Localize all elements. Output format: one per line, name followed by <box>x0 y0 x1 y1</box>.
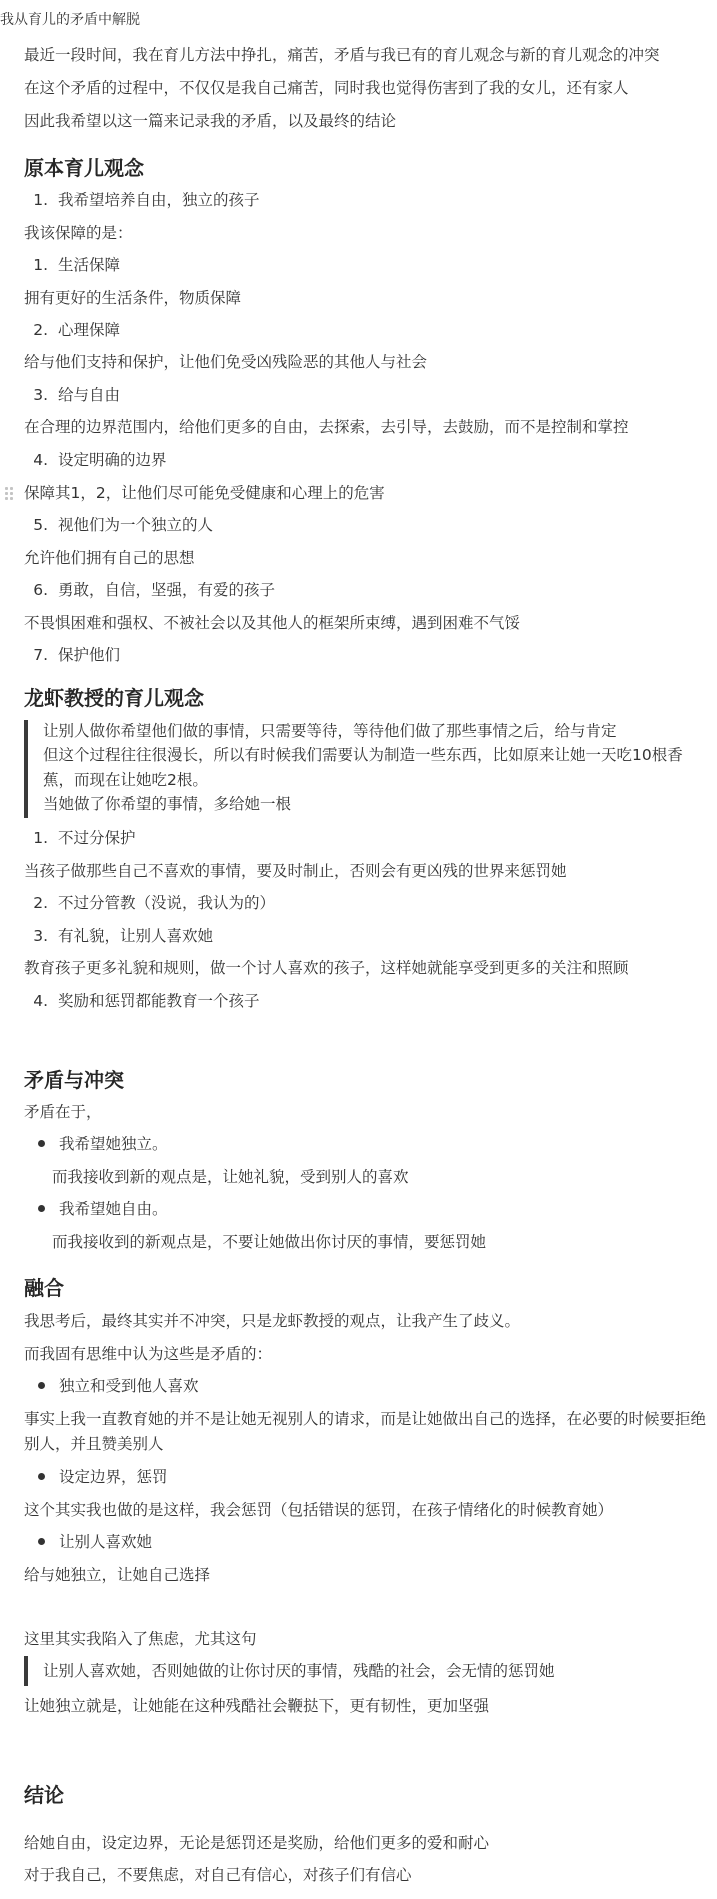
paragraph[interactable]: 当孩子做那些自己不喜欢的事情，要及时制止，否则会有更凶残的世界来惩罚她 <box>24 860 567 882</box>
intro-paragraph[interactable]: 在这个矛盾的过程中，不仅仅是我自己痛苦，同时我也觉得伤害到了我的女儿，还有家人 <box>24 77 629 99</box>
blockquote-border <box>24 1656 28 1686</box>
list-item-text: 给与自由 <box>58 386 120 404</box>
blockquote-line[interactable]: 让别人喜欢她，否则她做的让你讨厌的事情，残酷的社会，会无情的惩罚她 <box>43 1660 555 1682</box>
list-item-paragraph[interactable]: 而我接收到新的观点是，让她礼貌，受到别人的喜欢 <box>52 1166 409 1188</box>
blockquote-line[interactable]: 但这个过程往往很漫长，所以有时候我们需要认为制造一些东西，比如原来让她一天吃10… <box>43 744 683 766</box>
bullet-icon <box>38 1140 45 1147</box>
ordered-list-item[interactable]: 1.生活保障 <box>24 254 120 276</box>
list-number: 1. <box>24 254 58 276</box>
section-heading[interactable]: 矛盾与冲突 <box>24 1066 124 1094</box>
paragraph[interactable]: 不畏惧困难和强权、不被社会以及其他人的框架所束缚，遇到困难不气馁 <box>24 612 520 634</box>
blockquote-line[interactable]: 蕉，而现在让她吃2根。 <box>43 769 208 791</box>
list-item-paragraph[interactable]: 而我接收到的新观点是，不要让她做出你讨厌的事情，要惩罚她 <box>52 1231 486 1253</box>
list-item-text: 保护他们 <box>58 646 120 664</box>
list-number: 4. <box>24 449 58 471</box>
bullet-icon <box>38 1205 45 1212</box>
list-item-text: 心理保障 <box>58 321 120 339</box>
list-item-text: 不过分保护 <box>58 829 136 847</box>
list-number: 3. <box>24 925 58 947</box>
ordered-list-item[interactable]: 7.保护他们 <box>24 644 120 666</box>
list-item-text: 有礼貌，让别人喜欢她 <box>58 927 213 945</box>
ordered-list-item[interactable]: 1.我希望培养自由，独立的孩子 <box>24 189 260 211</box>
bullet-list-item[interactable]: 让别人喜欢她 <box>24 1531 152 1553</box>
list-number: 6. <box>24 579 58 601</box>
paragraph[interactable]: 这个其实我也做的是这样，我会惩罚（包括错误的惩罚，在孩子情绪化的时候教育她） <box>24 1499 613 1521</box>
bullet-list-item[interactable]: 我希望她自由。 <box>24 1198 168 1220</box>
list-number: 3. <box>24 384 58 406</box>
intro-paragraph[interactable]: 因此我希望以这一篇来记录我的矛盾，以及最终的结论 <box>24 110 396 132</box>
list-item-text: 我希望她自由。 <box>59 1200 168 1218</box>
ordered-list-item[interactable]: 4.奖励和惩罚都能教育一个孩子 <box>24 990 260 1012</box>
ordered-list-item[interactable]: 6.勇敢，自信，坚强，有爱的孩子 <box>24 579 275 601</box>
list-number: 1. <box>24 827 58 849</box>
list-item-text: 我希望培养自由，独立的孩子 <box>58 191 260 209</box>
bullet-icon <box>38 1473 45 1480</box>
ordered-list-item[interactable]: 3.给与自由 <box>24 384 120 406</box>
list-number: 2. <box>24 319 58 341</box>
list-number: 2. <box>24 892 58 914</box>
list-item-text: 奖励和惩罚都能教育一个孩子 <box>58 992 260 1010</box>
paragraph[interactable]: 我该保障的是： <box>24 222 133 244</box>
blockquote-border <box>24 720 28 818</box>
paragraph[interactable]: 在合理的边界范围内，给他们更多的自由，去探索，去引导，去鼓励，而不是控制和掌控 <box>24 416 629 438</box>
bullet-list-item[interactable]: 我希望她独立。 <box>24 1133 168 1155</box>
list-item-text: 我希望她独立。 <box>59 1135 168 1153</box>
paragraph[interactable]: 给与他们支持和保护，让他们免受凶残险恶的其他人与社会 <box>24 351 427 373</box>
ordered-list-item[interactable]: 2.不过分管教（没说，我认为的） <box>24 892 275 914</box>
paragraph[interactable]: 事实上我一直教育她的并不是让她无视别人的请求，而是让她做出自己的选择，在必要的时… <box>24 1408 706 1430</box>
paragraph[interactable]: 对于我自己，不要焦虑，对自己有信心，对孩子们有信心 <box>24 1864 412 1886</box>
paragraph[interactable]: 我思考后，最终其实并不冲突，只是龙虾教授的观点，让我产生了歧义。 <box>24 1310 520 1332</box>
paragraph[interactable]: 给与她独立，让她自己选择 <box>24 1564 210 1586</box>
list-item-text: 生活保障 <box>58 256 120 274</box>
section-heading[interactable]: 融合 <box>24 1274 64 1302</box>
ordered-list-item[interactable]: 3.有礼貌，让别人喜欢她 <box>24 925 213 947</box>
bullet-icon <box>38 1538 45 1545</box>
ordered-list-item[interactable]: 2.心理保障 <box>24 319 120 341</box>
list-item-text: 不过分管教（没说，我认为的） <box>58 894 275 912</box>
paragraph[interactable]: 允许他们拥有自己的思想 <box>24 547 195 569</box>
blockquote-line[interactable]: 让别人做你希望他们做的事情，只需要等待，等待他们做了那些事情之后，给与肯定 <box>43 720 617 742</box>
bullet-list-item[interactable]: 设定边界，惩罚 <box>24 1466 168 1488</box>
paragraph[interactable]: 这里其实我陷入了焦虑，尤其这句 <box>24 1628 257 1650</box>
section-heading[interactable]: 原本育儿观念 <box>24 154 144 182</box>
list-number: 7. <box>24 644 58 666</box>
section-heading[interactable]: 结论 <box>24 1781 64 1809</box>
paragraph[interactable]: 矛盾在于， <box>24 1101 102 1123</box>
intro-paragraph[interactable]: 最近一段时间，我在育儿方法中挣扎，痛苦，矛盾与我已有的育儿观念与新的育儿观念的冲… <box>24 44 660 66</box>
paragraph[interactable]: 拥有更好的生活条件，物质保障 <box>24 287 241 309</box>
drag-handle-icon[interactable] <box>5 487 15 501</box>
section-heading[interactable]: 龙虾教授的育儿观念 <box>24 684 204 712</box>
bullet-list-item[interactable]: 独立和受到他人喜欢 <box>24 1375 199 1397</box>
paragraph[interactable]: 教育孩子更多礼貌和规则，做一个讨人喜欢的孩子，这样她就能享受到更多的关注和照顾 <box>24 957 629 979</box>
ordered-list-item[interactable]: 5.视他们为一个独立的人 <box>24 514 213 536</box>
list-item-text: 设定明确的边界 <box>58 451 167 469</box>
list-number: 4. <box>24 990 58 1012</box>
bullet-icon <box>38 1382 45 1389</box>
list-item-text: 勇敢，自信，坚强，有爱的孩子 <box>58 581 275 599</box>
paragraph[interactable]: 给她自由，设定边界，无论是惩罚还是奖励，给他们更多的爱和耐心 <box>24 1832 489 1854</box>
list-item-text: 独立和受到他人喜欢 <box>59 1377 199 1395</box>
blockquote-line[interactable]: 当她做了你希望的事情，多给她一根 <box>43 793 291 815</box>
paragraph[interactable]: 而我固有思维中认为这些是矛盾的： <box>24 1343 272 1365</box>
paragraph[interactable]: 让她独立就是，让她能在这种残酷社会鞭挞下，更有韧性，更加坚强 <box>24 1695 489 1717</box>
list-item-text: 让别人喜欢她 <box>59 1533 152 1551</box>
document-title: 我从育儿的矛盾中解脱 <box>0 9 140 31</box>
list-number: 5. <box>24 514 58 536</box>
list-item-text: 视他们为一个独立的人 <box>58 516 213 534</box>
paragraph[interactable]: 别人，并且赞美别人 <box>24 1433 164 1455</box>
ordered-list-item[interactable]: 4.设定明确的边界 <box>24 449 167 471</box>
paragraph[interactable]: 保障其1，2，让他们尽可能免受健康和心理上的危害 <box>24 482 385 504</box>
ordered-list-item[interactable]: 1.不过分保护 <box>24 827 136 849</box>
list-item-text: 设定边界，惩罚 <box>59 1468 168 1486</box>
list-number: 1. <box>24 189 58 211</box>
